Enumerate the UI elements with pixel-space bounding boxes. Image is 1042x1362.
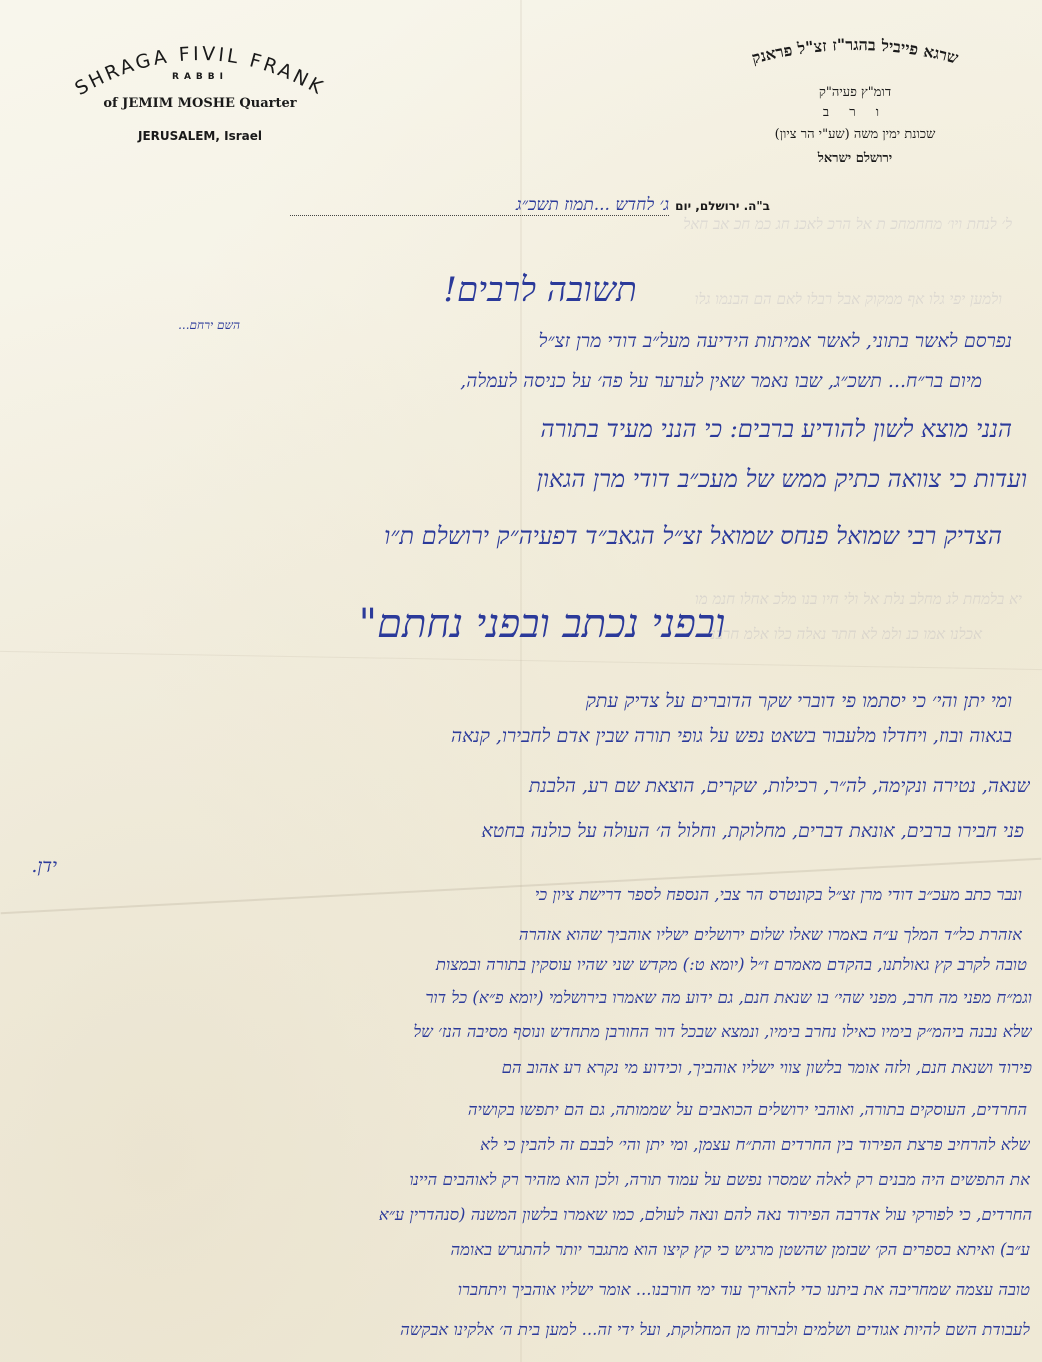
letter-line: פירוד ושנאת חנם, ולזה אומר בלשון צווי יש… — [17, 1058, 1032, 1078]
letter-line: החרדים, העוסקים בתורה, ואוהבי ירושלים הכ… — [17, 1100, 1027, 1120]
letter-line: שלא נבנה ביהמ״ק בימיו כאילו נחרב בימיו, … — [17, 1022, 1032, 1042]
letter-line: שנאה, נטירה ונקימה, לה״ר, רכילות, שקרים,… — [20, 775, 1030, 798]
date-printed-label: ב"ה. ירושלם, יום — [675, 199, 770, 213]
letterhead-quarter: of JEMIM MOSHE Quarter — [40, 96, 360, 111]
letterhead-hebrew-line: שכונת ימין משה (שע"י הר ציון) — [690, 126, 1020, 142]
letter-line: בגאוה ובוז, ויחדלו מלעבור בשאט נפש על גו… — [22, 725, 1012, 748]
letter-line: מיום בר״ח... תשכ״ג, שבו נאמר שאין לערער … — [102, 370, 982, 393]
letter-line: ונבר כתב מעכ״ב דודי מרן זצ״ל בקונטרס הר … — [22, 885, 1022, 905]
letter-line: ידן. — [7, 855, 57, 878]
letter-line: טובה לקרב קץ גאולתנו, בהקדם מאמרם ז״ל (י… — [17, 955, 1027, 975]
date-handwritten: ג׳ לחדש ...תמוז תשכ״ג — [290, 195, 669, 216]
letter-line: טובה עצמה שמחריבה את ביתנו כדי להאריך עו… — [18, 1280, 1030, 1300]
letter-line: ומי יתן והי׳ כי יסתמו פי דוברי שקר הדובר… — [32, 690, 1012, 713]
letter-line: שלא להרחיב פרצת הפירוד בין החרדים והת״ח … — [18, 1135, 1030, 1155]
letter-line: וגמ״ח מפני מה חרב, מפני שהי׳ בו שנאת חנם… — [17, 988, 1032, 1008]
letter-line: הצדיק רבי שמואל פנחס שמואל זצ״ל הגאב״ד ד… — [52, 522, 1002, 551]
letterhead-english: SHRAGA FIVIL FRANK RABBI of JEMIM MOSHE … — [40, 30, 360, 160]
letterhead-city: JERUSALEM, Israel — [40, 129, 360, 143]
letter-line: נפרסם לאשר בתוני, לאשר אמיתות הידיעה מעל… — [172, 330, 1012, 353]
letter-line: את התפשים היה מבנים רק לאלה שמסרו נפשם ע… — [18, 1170, 1030, 1190]
letter-line: הנני מוצא לשון להודיע ברבים: כי הנני מעי… — [32, 415, 1012, 444]
letter-line: לעבודת השם להיות אגודים ושלמים ולברוח מן… — [18, 1320, 1030, 1340]
letterhead-hebrew-line: ו ר ב — [690, 104, 1020, 120]
letterhead-hebrew-line: ירושלם ישראל — [690, 150, 1020, 166]
letterhead-hebrew: שרגא פייביל בהגר"ז זצ"ל פראנק דומ"ץ פעיה… — [690, 30, 1020, 170]
letter-line: ובפני נכתב ובפני נחתם" — [92, 600, 992, 647]
letter-line: אזהרת כל״ד המלך ע״ה באמרו שאלו שלום ירוש… — [17, 925, 1022, 945]
letterhead-hebrew-line: דומ"ץ פעיה"ק — [690, 84, 1020, 100]
letter-line: ע״ב) ואיתא בספרים הק׳ שבזמן שהשטן מרגיש … — [18, 1240, 1030, 1260]
letterhead-title: RABBI — [40, 72, 360, 82]
letterhead-hebrew-name-arc: שרגא פייביל בהגר"ז זצ"ל פראנק — [690, 30, 1020, 90]
svg-text:שרגא פייביל בהגר"ז זצ"ל פראנק: שרגא פייביל בהגר"ז זצ"ל פראנק — [750, 35, 961, 68]
letter-line: החרדים, כי לפורקי עול אדרבה הפירוד נאה ל… — [17, 1205, 1032, 1225]
letter-line: ועדות כי צוואה כתיק ממש של מעכ״ב דודי מר… — [37, 465, 1027, 494]
date-line: ב"ה. ירושלם, יום ג׳ לחדש ...תמוז תשכ״ג — [290, 195, 770, 225]
letter-title: תשובה לרבים! — [330, 270, 750, 310]
letter-line: פני חבירו ברבים, אונאת דברים, מחלוקת, וח… — [24, 820, 1024, 843]
